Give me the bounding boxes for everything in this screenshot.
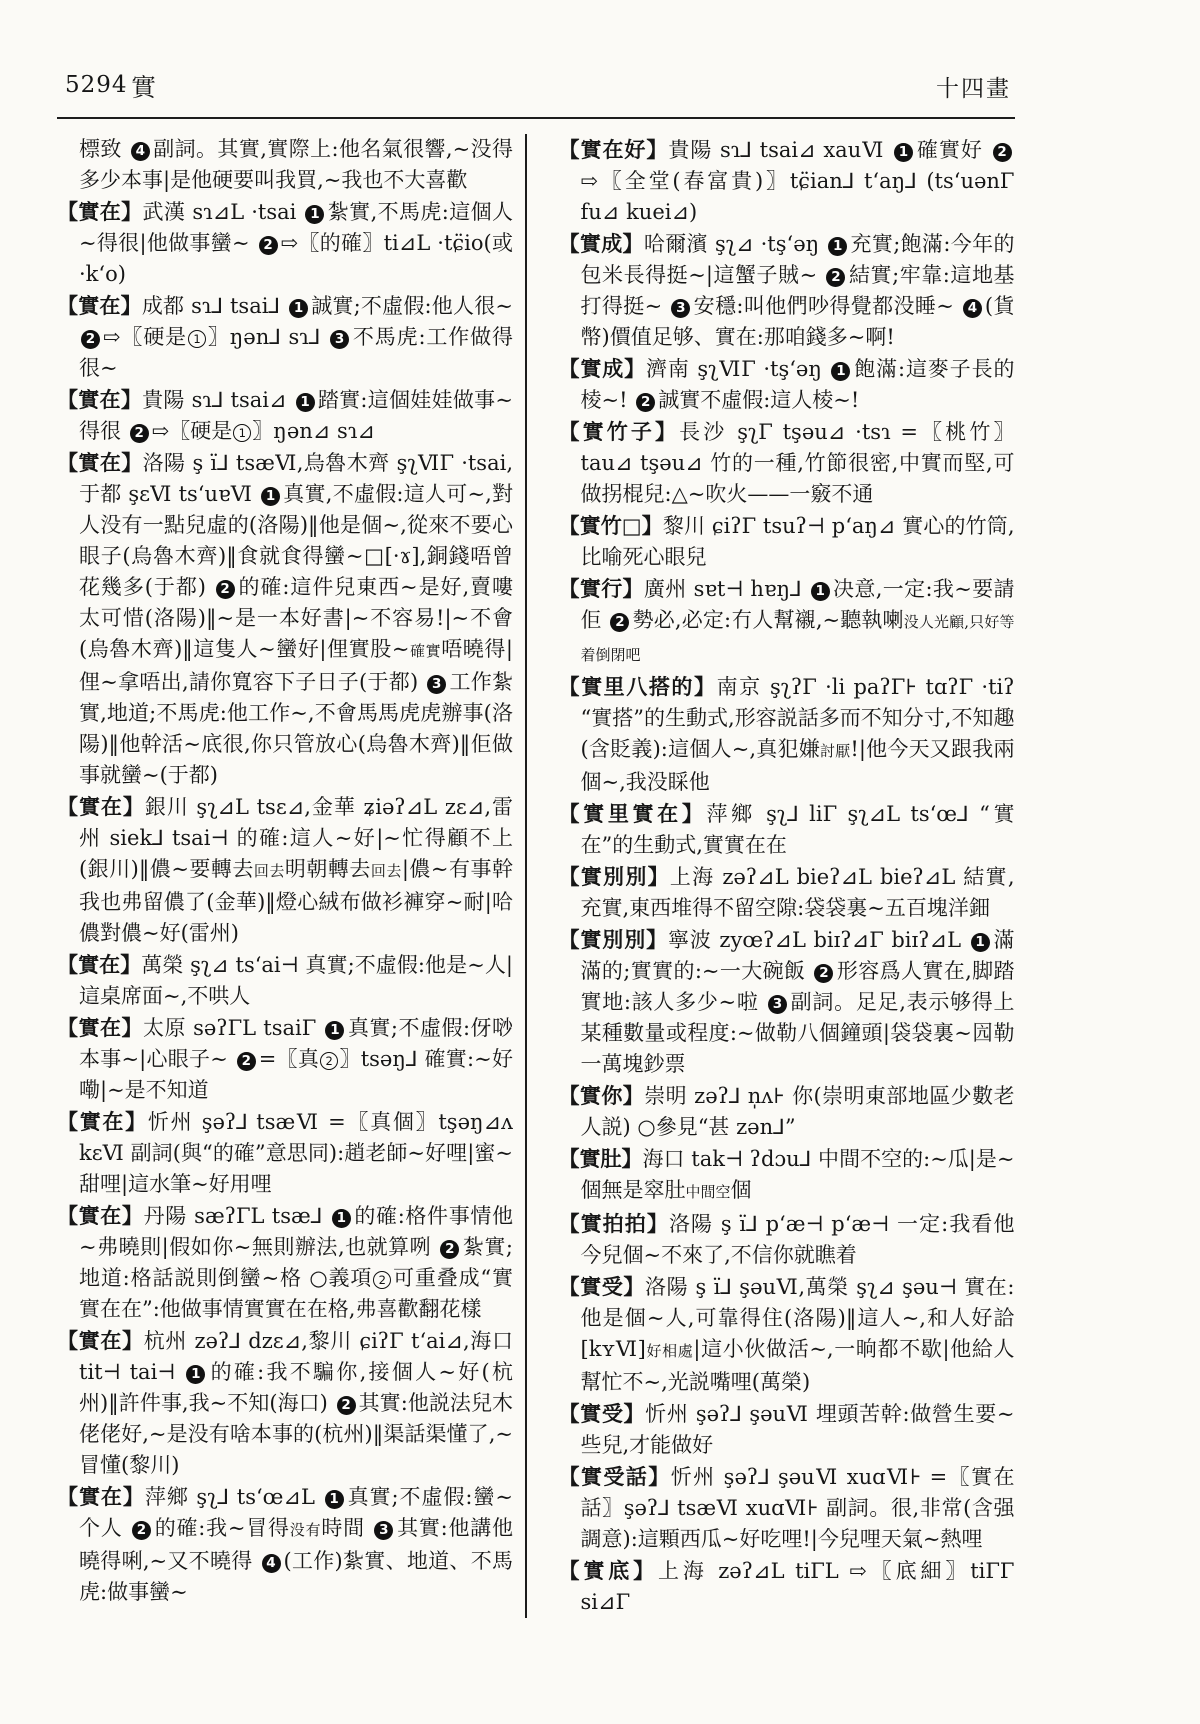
entry-headword: 【實在】 xyxy=(57,293,142,318)
dictionary-entry: 【實成】濟南 şʅⅥΓ ·tşʻəŋ 1飽滿:這麥子長的棱∼! 2誠實不虛假:這… xyxy=(559,353,1015,416)
sense-number: 1 xyxy=(289,299,308,318)
inline-gloss-small-text: 回去 xyxy=(371,862,402,880)
entry-headword: 【實受】 xyxy=(559,1274,645,1299)
entry-headword: 【實在】 xyxy=(57,1203,144,1228)
entry-headword: 【實成】 xyxy=(559,231,644,256)
column-left: 標致 4副詞。其實,實際上:他名氣很響,∼没得多少本事|是他硬要叫我買,∼我也不… xyxy=(57,134,513,1618)
sense-number: 2 xyxy=(81,330,100,349)
sense-number: 2 xyxy=(610,613,629,632)
dictionary-entry: 【實底】上海 zəʔ⊿L tiΓL ⇨〖底細〗tiΓΓ si⊿Γ xyxy=(559,1555,1015,1618)
sense-number: 1 xyxy=(296,393,315,412)
column-right: 【實在好】貴陽 sɿ⅃ tsai⊿ xauⅥ 1確實好 2⇨〖全堂(春富貴)〗t… xyxy=(559,134,1015,1618)
sense-ref-number: 1 xyxy=(233,424,251,442)
sense-number: 1 xyxy=(305,205,324,224)
dictionary-entry: 【實在好】貴陽 sɿ⅃ tsai⊿ xauⅥ 1確實好 2⇨〖全堂(春富貴)〗t… xyxy=(559,134,1015,228)
entry-headword: 【實底】 xyxy=(559,1558,658,1583)
sense-number: 1 xyxy=(261,487,280,506)
dictionary-entry: 【實在】武漢 sɿ⊿L ·tsai 1紮實,不馬虎:這個人∼得很|他做事蠻∼ 2… xyxy=(57,196,513,290)
entry-headword: 【實別別】 xyxy=(559,927,669,952)
entry-headword: 【實在好】 xyxy=(559,137,669,162)
section-headword: 實 xyxy=(131,68,156,104)
sense-number: 2 xyxy=(216,580,235,599)
sense-ref-number: 2 xyxy=(373,1271,391,1289)
sense-number: 4 xyxy=(963,299,982,318)
dictionary-entry: 【實在】萬榮 şʅ⊿ tsʻai⊣ 真實;不虛假:他是∼人|這桌席面∼,不哄人 xyxy=(57,949,513,1012)
dictionary-entry: 【實里八搭的】南京 şʅʔΓ ·li paʔΓ⊦ tɑʔΓ ·tiʔ “實搭”的… xyxy=(559,671,1015,798)
dictionary-entry: 【實別別】上海 zəʔ⊿L bieʔ⊿L bieʔ⊿L 結實,充實,東西堆得不留… xyxy=(559,861,1015,924)
sense-number: 3 xyxy=(374,1521,393,1540)
dictionary-entry: 【實拍拍】洛陽 ş ï⅃ pʻæ⊣ pʻæ⊣ 一定:我看他今兒個∼不來了,不信你… xyxy=(559,1208,1015,1271)
sense-number: 2 xyxy=(814,964,833,983)
sense-number: 3 xyxy=(330,330,349,349)
sense-number: 1 xyxy=(811,582,830,601)
dictionary-entry: 【實在】貴陽 sɿ⅃ tsai⊿ 1踏實:這個娃娃做事∼得很 2⇨〖硬是1〗ŋə… xyxy=(57,384,513,447)
entry-headword: 【實在】 xyxy=(57,199,143,224)
sense-number: 1 xyxy=(831,362,850,381)
entry-headword: 【實里實在】 xyxy=(559,801,707,826)
entry-headword: 【實在】 xyxy=(57,1109,148,1134)
inline-gloss-small-text: 没人光顧,只好等着倒閉吧 xyxy=(581,613,1015,664)
dictionary-entry: 【實肚】海口 tak⊣ ʔdɔu⅃ 中間不空的:∼瓜|是∼個無是窣肚中間空個 xyxy=(559,1143,1015,1208)
sense-number: 3 xyxy=(671,299,690,318)
inline-gloss-small-text: 討厭 xyxy=(820,742,850,760)
entry-headword: 【實在】 xyxy=(57,1328,144,1353)
entry-headword: 【實受話】 xyxy=(559,1464,671,1489)
entry-headword: 【實受】 xyxy=(559,1401,646,1426)
inline-gloss-small-text: 没有 xyxy=(290,1521,322,1539)
entry-headword: 【實在】 xyxy=(57,450,143,475)
dictionary-entry: 【實成】哈爾濱 şʅ⊿ ·tşʻəŋ 1充實;飽滿:今年的包米長得挺∼|這蟹子賊… xyxy=(559,228,1015,353)
sense-number: 3 xyxy=(427,675,446,694)
dictionary-entry: 【實受】洛陽 ş ï⅃ şəuⅥ,萬榮 şʅ⊿ şəu⊣ 實在:他是個∼人,可靠… xyxy=(559,1271,1015,1398)
dictionary-entry: 【實在】丹陽 sæʔΓL tsæ⅃ 1的確:格件事情他∼弗曉則|假如你∼無則辦法… xyxy=(57,1200,513,1325)
sense-number: 2 xyxy=(337,1396,356,1415)
dictionary-entry: 【實在】洛陽 ş ï⅃ tsæⅥ,烏魯木齊 şʅⅥΓ ·tsai,于都 şɛⅥ … xyxy=(57,447,513,791)
sense-number: 2 xyxy=(132,1521,151,1540)
entry-headword: 【實你】 xyxy=(559,1083,645,1108)
entry-headword: 【實拍拍】 xyxy=(559,1211,669,1236)
page-content: 標致 4副詞。其實,實際上:他名氣很響,∼没得多少本事|是他硬要叫我買,∼我也不… xyxy=(57,134,1015,1618)
dictionary-entry: 【實受話】忻州 şəʔ⅃ şəuⅥ xuɑⅥ⊦ =〖實在話〗şəʔ⅃ tsæⅥ … xyxy=(559,1461,1015,1555)
sense-number: 1 xyxy=(332,1209,351,1228)
dictionary-entry: 【實你】崇明 zəʔ⅃ n̩ʌ⊦ 你(崇明東部地區少數老人説) ○參見“甚 zə… xyxy=(559,1080,1015,1143)
inline-gloss-small-text: 回去 xyxy=(254,862,285,880)
entry-headword: 【實竹子】 xyxy=(559,419,680,444)
dictionary-entry: 【實受】忻州 şəʔ⅃ şəuⅥ 埋頭苦幹:做營生要∼些兒,才能做好 xyxy=(559,1398,1015,1461)
sense-ref-number: 1 xyxy=(188,330,206,348)
dictionary-entry: 【實在】成都 sɿ⅃ tsai⅃ 1誠實;不虛假:他人很∼ 2⇨〖硬是1〗ŋən… xyxy=(57,290,513,384)
dictionary-entry: 【實在】萍鄉 şʅ⅃ tsʻœ⊿L 1真實;不虛假:蠻∼个人 2的確:我∼冒得没… xyxy=(57,1481,513,1608)
sense-number: 2 xyxy=(237,1052,256,1071)
entry-continuation: 標致 4副詞。其實,實際上:他名氣很響,∼没得多少本事|是他硬要叫我買,∼我也不… xyxy=(57,134,513,196)
sense-number: 1 xyxy=(325,1021,344,1040)
sense-number: 2 xyxy=(826,268,845,287)
sense-number: 1 xyxy=(325,1490,344,1509)
dictionary-entry: 【實在】忻州 şəʔ⅃ tsæⅥ =〖真個〗tşəŋ⊿ʌ kɛⅥ 副詞(與“的確… xyxy=(57,1106,513,1200)
entry-headword: 【實在】 xyxy=(57,387,142,412)
sense-number: 2 xyxy=(993,143,1012,162)
sense-number: 1 xyxy=(971,933,990,952)
entry-headword: 【實在】 xyxy=(57,794,145,819)
sense-number: 1 xyxy=(828,237,847,256)
sense-number: 2 xyxy=(130,424,149,443)
entry-headword: 【實行】 xyxy=(559,576,644,601)
dictionary-entry: 【實在】太原 səʔΓL tsaiΓ 1真實;不虛假:伢唦本事∼|心眼子∼ 2=… xyxy=(57,1012,513,1106)
sense-number: 4 xyxy=(262,1554,281,1573)
entry-headword: 【實肚】 xyxy=(559,1146,643,1171)
entry-headword: 【實里八搭的】 xyxy=(559,674,717,699)
header-rule xyxy=(57,117,1015,119)
entry-headword: 【實成】 xyxy=(559,356,647,381)
sense-number: 2 xyxy=(259,236,278,255)
sense-number: 4 xyxy=(131,142,150,161)
entry-headword: 【實在】 xyxy=(57,952,141,977)
sense-number: 1 xyxy=(186,1365,205,1384)
sense-ref-number: 2 xyxy=(320,1052,338,1070)
sense-number: 2 xyxy=(440,1240,459,1259)
dictionary-entry: 【實竹子】長沙 şʅΓ tşəu⊿ ·tsɿ =〖桃竹〗tau⊿ tşəu⊿ 竹… xyxy=(559,416,1015,510)
stroke-count-label: 十四畫 xyxy=(936,70,1011,103)
inline-gloss-small-text: 確實 xyxy=(409,642,441,660)
dictionary-entry: 【實里實在】萍鄉 şʅ⅃ liΓ şʅ⊿L tsʻœ⅃ “實在”的生動式,實實在… xyxy=(559,798,1015,861)
entry-headword: 【實在】 xyxy=(57,1484,145,1509)
dictionary-entry: 【實竹□】黎川 ɕiʔΓ tsuʔ⊣ pʻaŋ⊿ 實心的竹筒,比喻死心眼兒 xyxy=(559,510,1015,573)
column-divider xyxy=(525,134,527,1618)
sense-number: 3 xyxy=(768,995,787,1014)
entry-headword: 【實竹□】 xyxy=(559,513,663,538)
sense-number: 2 xyxy=(636,393,655,412)
entry-headword: 【實在】 xyxy=(57,1015,143,1040)
dictionary-entry: 【實在】杭州 zəʔ⅃ dzɛ⊿,黎川 ɕiʔΓ tʻai⊿,海口 tit⊣ t… xyxy=(57,1325,513,1481)
dictionary-entry: 【實在】銀川 şʅ⊿L tsɛ⊿,金華 ʑiəʔ⊿L zɛ⊿,雷州 siek⅃ … xyxy=(57,791,513,949)
inline-gloss-small-text: 中間空 xyxy=(686,1183,731,1201)
entry-headword: 【實別別】 xyxy=(559,864,670,889)
sense-number: 1 xyxy=(894,143,913,162)
dictionary-entry: 【實別別】寧波 zyœʔ⊿L biɪʔ⊿Γ biɪʔ⊿L 1滿滿的;實實的:∼一… xyxy=(559,924,1015,1080)
page-header: 5294 實 十四畫 xyxy=(57,64,1013,116)
inline-gloss-small-text: 好相處 xyxy=(646,1342,694,1360)
dictionary-entry: 【實行】廣州 sɐt⊣ hɐŋ⅃ 1决意,一定:我∼要請佢 2勢必,必定:冇人幫… xyxy=(559,573,1015,671)
page-number: 5294 xyxy=(65,72,128,98)
